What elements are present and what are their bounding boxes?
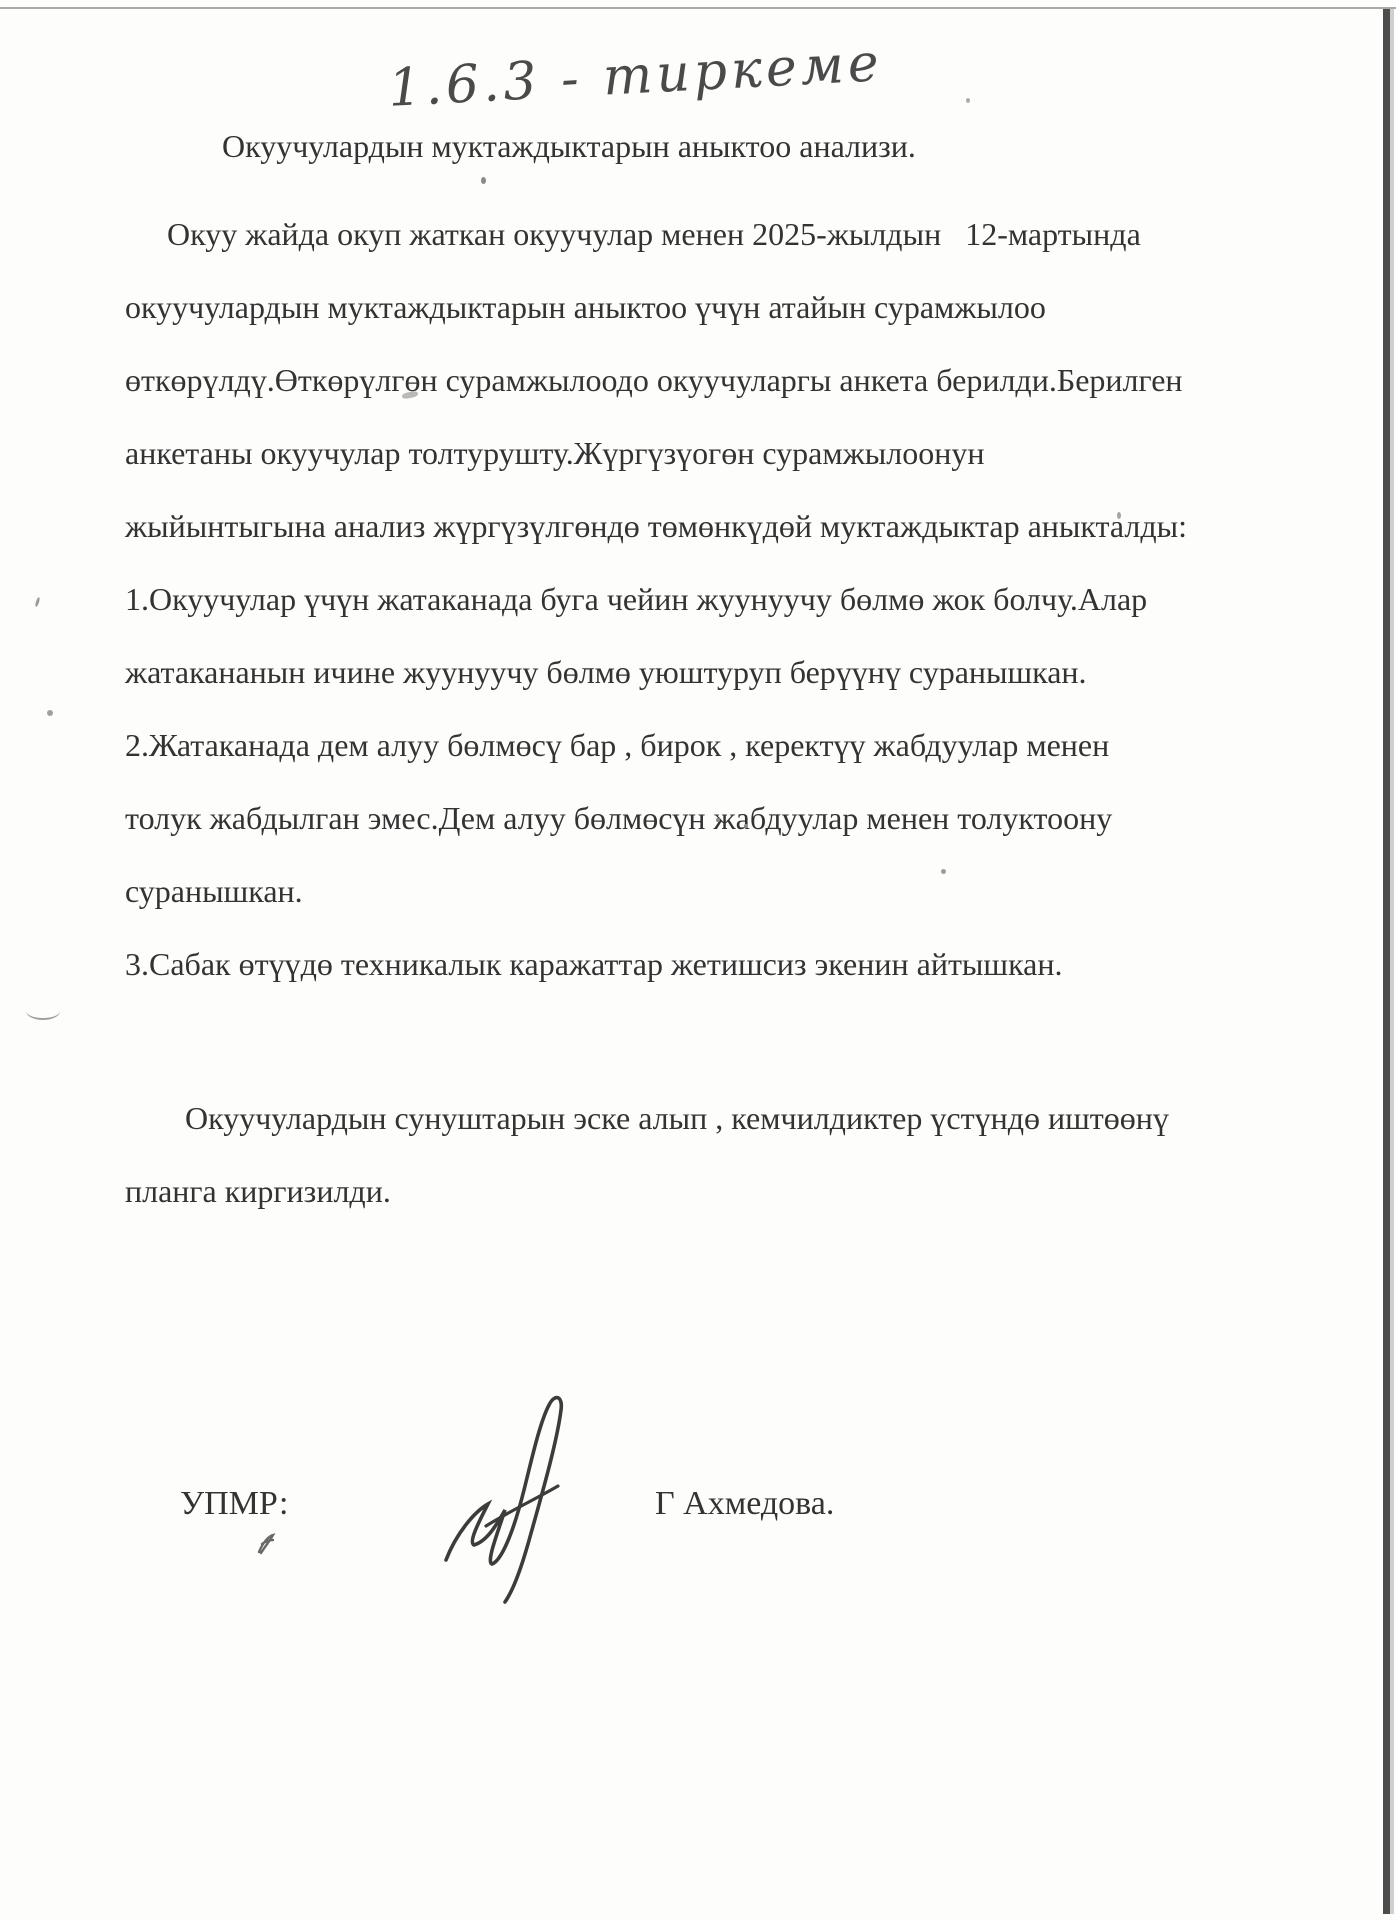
scan-artifact [1117, 512, 1121, 519]
body-line-item-2: 2.Жатаканада дем алуу бөлмөсү бар , биро… [125, 709, 1135, 782]
scan-artifact [481, 177, 486, 184]
signature-row: УПМР: Г Ахмедова. [0, 1470, 1396, 1640]
document-title: Окуучулардын муктаждыктарын аныктоо анал… [222, 128, 916, 165]
scan-artifact [47, 710, 53, 716]
body-line: жыйынтыгына анализ жүргүзүлгөндө төмөнкү… [125, 490, 1135, 563]
scan-artifact [966, 98, 970, 103]
body-line-item-1: 1.Окуучулар үчүн жатаканада буга чейин ж… [125, 563, 1135, 636]
body-line: суранышкан. [125, 855, 1135, 928]
scan-artifact [716, 818, 720, 822]
scan-artifact [35, 597, 41, 607]
signature-icon [428, 1392, 578, 1612]
body-line: өткөрүлдү.Өткөрүлгөн сурамжылоодо окуучу… [125, 344, 1135, 417]
signature-role-label: УПМР: [180, 1485, 288, 1523]
scan-artifact [744, 824, 748, 828]
document-body: Окуу жайда окуп жаткан окуучулар менен 2… [125, 198, 1135, 1001]
closing-line: планга киргизилди. [125, 1155, 1135, 1228]
signature-name: Г Ахмедова. [655, 1485, 834, 1523]
scan-edge-top [0, 7, 1396, 9]
handwritten-appendix-note: 1.6.3 - тиркеме [387, 33, 884, 119]
body-line: окуучулардын муктаждыктарын аныктоо үчүн… [125, 271, 1135, 344]
body-line: жатакананын ичине жуунуучу бөлмө уюштуру… [125, 636, 1135, 709]
closing-line: Окуучулардын сунуштарын эске алып , кемч… [125, 1082, 1135, 1155]
scan-artifact [26, 1002, 60, 1020]
document-closing: Окуучулардын сунуштарын эске алып , кемч… [125, 1082, 1135, 1228]
body-line: Окуу жайда окуп жаткан окуучулар менен 2… [125, 198, 1135, 271]
scanned-document-page: 1.6.3 - тиркеме Окуучулардын муктаждыкта… [0, 0, 1396, 1920]
ink-speck [255, 1532, 277, 1561]
body-line: толук жабдылган эмес.Дем алуу бөлмөсүн ж… [125, 782, 1135, 855]
body-line: анкетаны окуучулар толтурушту.Жүргүзүогө… [125, 417, 1135, 490]
body-line-item-3: 3.Сабак өтүүдө техникалык каражаттар жет… [125, 928, 1135, 1001]
scan-artifact [941, 869, 946, 874]
